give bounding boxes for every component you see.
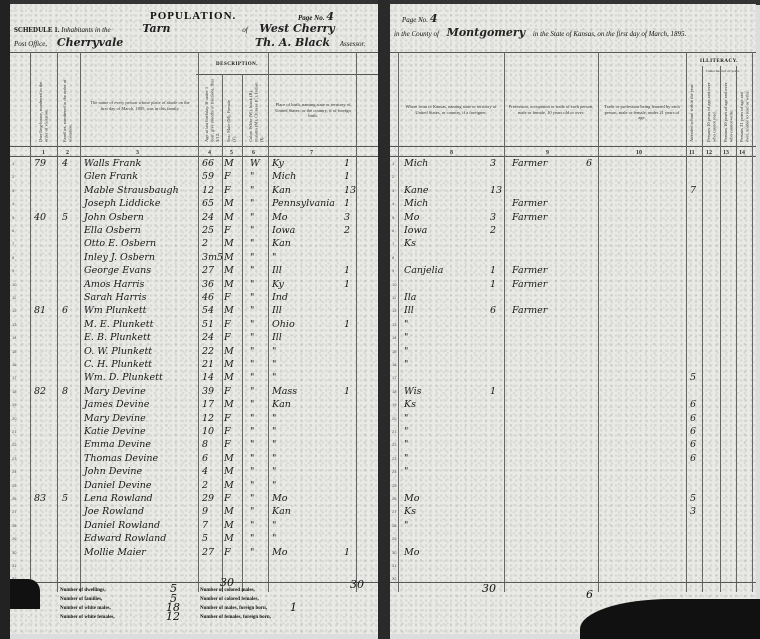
table-row: 16C. H. Plunkett21M"" [10, 359, 378, 373]
age: 22 [202, 346, 214, 357]
occupation: Farmer [512, 158, 547, 169]
dwelling-number: 79 [34, 158, 46, 169]
where-from-tally: 2 [490, 225, 496, 236]
line-number: 22 [392, 442, 396, 447]
line-number: 19 [392, 402, 396, 407]
line-number: 3 [12, 188, 14, 193]
line-number: 19 [12, 402, 16, 407]
color: " [250, 439, 254, 450]
sex: M [224, 305, 234, 316]
sex: F [224, 319, 231, 330]
line-number: 1 [12, 161, 14, 166]
color: " [250, 386, 254, 397]
color: " [250, 198, 254, 209]
person-name: Mable Strausbaugh [84, 185, 179, 196]
age: 24 [202, 332, 214, 343]
line-number: 29 [12, 536, 16, 541]
sex: M [224, 212, 234, 223]
sex: M [224, 533, 234, 544]
line-number: 24 [392, 469, 396, 474]
age: 27 [202, 547, 214, 558]
age: 27 [202, 265, 214, 276]
color: " [250, 453, 254, 464]
birthplace: " [272, 413, 276, 424]
color: " [250, 399, 254, 410]
line-number: 23 [392, 456, 396, 461]
person-name: Otto E. Osbern [84, 238, 156, 249]
line-number: 8 [392, 255, 394, 260]
table-row: 11Ila [390, 292, 756, 306]
sex: M [224, 198, 234, 209]
where-from: Wis [404, 386, 422, 397]
age: 4 [202, 466, 208, 477]
where-from-tally: 3 [490, 212, 496, 223]
age: 10 [202, 426, 214, 437]
age: 17 [202, 399, 214, 410]
where-from-tally: 6 [490, 305, 496, 316]
dwelling-number: 40 [34, 212, 46, 223]
total-col9: 6 [586, 588, 593, 601]
color: " [250, 185, 254, 196]
where-from: " [404, 439, 408, 450]
where-from: Canjelia [404, 265, 443, 276]
where-from: " [404, 426, 408, 437]
line-number: 29 [392, 536, 396, 541]
line-number: 3 [392, 188, 394, 193]
sex: M [224, 506, 234, 517]
attended-school: 6 [690, 399, 696, 410]
where-from: Ila [404, 292, 416, 303]
age: 59 [202, 171, 214, 182]
line-number: 25 [12, 483, 16, 488]
birthplace: " [272, 372, 276, 383]
table-row: 29 [390, 533, 756, 547]
line-number: 14 [12, 335, 16, 340]
age: 54 [202, 305, 214, 316]
table-row: 20Mary Devine12F"" [10, 413, 378, 427]
table-row: 20"6 [390, 413, 756, 427]
line-number: 1 [392, 161, 394, 166]
where-from-tally: 1 [490, 279, 496, 290]
col-header-14: Persons 21 years of age and over, unable… [739, 82, 749, 142]
sex: M [224, 279, 234, 290]
birthplace-tally: 1 [344, 386, 350, 397]
line-number: 20 [392, 416, 396, 421]
person-name: Mary Devine [84, 386, 146, 397]
attended-school: 6 [690, 439, 696, 450]
birthplace: " [272, 466, 276, 477]
color: " [250, 346, 254, 357]
table-row: 11Sarah Harris46F"Ind [10, 292, 378, 306]
family-number: 6 [62, 305, 68, 316]
table-row: 16" [390, 359, 756, 373]
table-row: 14" [390, 332, 756, 346]
person-name: Inley J. Osbern [84, 252, 155, 263]
line-number: 2 [12, 174, 14, 179]
birthplace-tally: 1 [344, 265, 350, 276]
birthplace: " [272, 480, 276, 491]
person-name: Sarah Harris [84, 292, 146, 303]
table-row: 6Ella Osbern25F"Iowa2 [10, 225, 378, 239]
line-number: 15 [392, 349, 396, 354]
birthplace: " [272, 533, 276, 544]
birthplace: " [272, 346, 276, 357]
line-number: 30 [392, 550, 396, 555]
occupation-tally: 6 [586, 158, 592, 169]
left-page: POPULATION. Page No. 4 SCHEDULE 1. Inhab… [10, 4, 378, 634]
color: " [250, 319, 254, 330]
table-row: 2 [390, 171, 756, 185]
person-name: Joe Rowland [84, 506, 144, 517]
table-row: 28Daniel Rowland7M"" [10, 520, 378, 534]
occupation: Farmer [512, 212, 547, 223]
where-from: " [404, 332, 408, 343]
where-from: " [404, 453, 408, 464]
dwelling-number: 83 [34, 493, 46, 504]
person-name: Emma Devine [84, 439, 151, 450]
family-number: 4 [62, 158, 68, 169]
line-number: 18 [12, 389, 16, 394]
age: 46 [202, 292, 214, 303]
where-from: " [404, 413, 408, 424]
sex: M [224, 252, 234, 263]
table-row: 29Edward Rowland5M"" [10, 533, 378, 547]
line-number: 16 [392, 362, 396, 367]
line-number: 12 [392, 308, 396, 313]
line-number: 23 [12, 456, 16, 461]
line-number: 15 [12, 349, 16, 354]
right-page: Page No. 4 in the County of Montgomery i… [390, 4, 756, 634]
birthplace: Pennsylvania [272, 198, 335, 209]
person-name: Katie Devine [84, 426, 146, 437]
sex: M [224, 399, 234, 410]
color: " [250, 171, 254, 182]
sex: F [224, 225, 231, 236]
table-row: 32 [10, 573, 378, 587]
birthplace: " [272, 252, 276, 263]
table-row: 23Thomas Devine6M"" [10, 453, 378, 467]
line-number: 11 [392, 295, 396, 300]
person-name: M. E. Plunkett [84, 319, 153, 330]
line-number: 11 [12, 295, 16, 300]
attended-school: 6 [690, 453, 696, 464]
attended-school: 5 [690, 372, 696, 383]
col-header-2: Families, numbered in the order of visit… [62, 76, 74, 142]
line-number: 10 [392, 282, 396, 287]
sex: F [224, 426, 231, 437]
col-header-9: Profession, occupation or trade of each … [508, 104, 594, 115]
table-row: 15O. W. Plunkett22M"" [10, 346, 378, 360]
col-header-13: Persons 10 years of age and over who can… [723, 82, 733, 142]
where-from: Ks [404, 506, 416, 517]
table-row: 26Mo5 [390, 493, 756, 507]
table-row: 22"6 [390, 439, 756, 453]
color: " [250, 238, 254, 249]
total-col8: 30 [482, 582, 496, 595]
person-name: Thomas Devine [84, 453, 158, 464]
table-row: 4Joseph Liddicke65M"Pennsylvania1 [10, 198, 378, 212]
table-row: 26835Lena Rowland29F"Mo [10, 493, 378, 507]
table-row: 27Ks3 [390, 506, 756, 520]
birthplace: Mo [272, 547, 287, 558]
line-number: 7 [12, 241, 14, 246]
color: " [250, 547, 254, 558]
where-from-tally: 1 [490, 386, 496, 397]
line-number: 26 [392, 496, 396, 501]
color: " [250, 279, 254, 290]
table-row: 1794Walls Frank66MWKy1 [10, 158, 378, 172]
age: 2 [202, 480, 208, 491]
table-row: 27Joe Rowland9M"Kan [10, 506, 378, 520]
person-name: Mary Devine [84, 413, 146, 424]
person-name: Ella Osbern [84, 225, 141, 236]
table-row: 10Amos Harris36M"Ky1 [10, 279, 378, 293]
birthplace: Ill [272, 332, 282, 343]
table-row: 4MichFarmer [390, 198, 756, 212]
where-from: Mich [404, 158, 428, 169]
where-from-tally: 1 [490, 265, 496, 276]
table-row: 31 [390, 560, 756, 574]
where-from: Ill [404, 305, 414, 316]
line-number: 6 [12, 228, 14, 233]
color: " [250, 533, 254, 544]
age: 14 [202, 372, 214, 383]
sex: M [224, 265, 234, 276]
where-from: Kane [404, 185, 429, 196]
table-row: 18Wis1 [390, 386, 756, 400]
sex: M [224, 372, 234, 383]
post-office-line: Post Office, Cherryvale Th. A. Black Ass… [14, 36, 365, 49]
table-row: 7Otto E. Osbern2M"Kan [10, 238, 378, 252]
color: " [250, 506, 254, 517]
col-header-12: Persons 10 years of age and over who can… [706, 82, 716, 142]
line-number: 20 [12, 416, 16, 421]
table-row: 9George Evans27M"Ill1 [10, 265, 378, 279]
line-number: 4 [392, 201, 394, 206]
col-header-8: Where from to Kansas, naming state or te… [404, 104, 498, 115]
line-number: 27 [392, 509, 396, 514]
dwelling-number: 82 [34, 386, 46, 397]
person-name: Glen Frank [84, 171, 138, 182]
table-row: 13" [390, 319, 756, 333]
line-number: 7 [392, 241, 394, 246]
birthplace: Ohio [272, 319, 295, 330]
occupation: Farmer [512, 305, 547, 316]
illiteracy-label: ILLITERACY. [700, 59, 738, 64]
birthplace-tally: 13 [344, 185, 356, 196]
age: 12 [202, 185, 214, 196]
color: " [250, 413, 254, 424]
table-row: 14E. B. Plunkett24F"Ill [10, 332, 378, 346]
line-number: 30 [12, 550, 16, 555]
birthplace: Kan [272, 506, 291, 517]
color: " [250, 292, 254, 303]
table-row: 30Mollie Maier27F"Mo1 [10, 547, 378, 561]
birthplace: Kan [272, 399, 291, 410]
table-row: 21"6 [390, 426, 756, 440]
line-number: 2 [392, 174, 394, 179]
line-number: 12 [12, 308, 16, 313]
line-number: 13 [12, 322, 16, 327]
person-name: Joseph Liddicke [84, 198, 161, 209]
table-row: 12Ill6Farmer [390, 305, 756, 319]
line-number: 26 [12, 496, 16, 501]
color: " [250, 426, 254, 437]
color: " [250, 480, 254, 491]
sex: F [224, 439, 231, 450]
family-number: 8 [62, 386, 68, 397]
col-header-4: Age at last birthday. If under 1 year, g… [204, 78, 218, 142]
line-number: 16 [12, 362, 16, 367]
color: " [250, 225, 254, 236]
age: 3m5 [202, 252, 223, 263]
sex: M [224, 346, 234, 357]
sex: M [224, 453, 234, 464]
table-row: 22Emma Devine8F"" [10, 439, 378, 453]
age: 12 [202, 413, 214, 424]
county-line: in the County of Montgomery in the State… [394, 26, 686, 39]
sex: F [224, 547, 231, 558]
person-name: George Evans [84, 265, 151, 276]
where-from: " [404, 520, 408, 531]
table-row: 32 [390, 573, 756, 587]
schedule-line: SCHEDULE 1. Inhabitants in the Tarn of W… [14, 22, 335, 35]
table-row: 28" [390, 520, 756, 534]
birthplace-tally: 1 [344, 547, 350, 558]
line-number: 25 [392, 483, 396, 488]
birthplace-tally: 1 [344, 319, 350, 330]
sex: F [224, 386, 231, 397]
line-number: 31 [392, 563, 396, 568]
color: " [250, 212, 254, 223]
table-row: 17Wm. D. Plunkett14M"" [10, 372, 378, 386]
age: 24 [202, 212, 214, 223]
person-name: Walls Frank [84, 158, 141, 169]
person-name: Edward Rowland [84, 533, 166, 544]
line-number: 21 [12, 429, 16, 434]
sex: M [224, 466, 234, 477]
line-number: 14 [392, 335, 396, 340]
person-name: Daniel Devine [84, 480, 152, 491]
birthplace: Iowa [272, 225, 295, 236]
sex: M [224, 158, 234, 169]
line-number: 10 [12, 282, 16, 287]
sex: F [224, 332, 231, 343]
line-number: 21 [392, 429, 396, 434]
age: 7 [202, 520, 208, 531]
sex: M [224, 520, 234, 531]
table-row: 101Farmer [390, 279, 756, 293]
line-number: 6 [392, 228, 394, 233]
birthplace: Ill [272, 265, 282, 276]
col-header-3: The name of every person whose place of … [90, 100, 190, 111]
birthplace-tally: 1 [344, 198, 350, 209]
age: 36 [202, 279, 214, 290]
line-number: 4 [12, 201, 14, 206]
person-name: E. B. Plunkett [84, 332, 151, 343]
table-row: 19Ks6 [390, 399, 756, 413]
person-name: James Devine [84, 399, 149, 410]
attended-school: 5 [690, 493, 696, 504]
birthplace: Ind [272, 292, 288, 303]
where-from: Mo [404, 212, 419, 223]
table-row: 6Iowa2 [390, 225, 756, 239]
occupation: Farmer [512, 198, 547, 209]
line-number: 13 [392, 322, 396, 327]
sex: F [224, 171, 231, 182]
age: 66 [202, 158, 214, 169]
line-number: 31 [12, 563, 16, 568]
table-row: 2Glen Frank59F"Mich1 [10, 171, 378, 185]
birthplace: Kan [272, 238, 291, 249]
occupation: Farmer [512, 279, 547, 290]
color: " [250, 493, 254, 504]
where-from-tally: 3 [490, 158, 496, 169]
line-number: 28 [392, 523, 396, 528]
person-name: Wm. D. Plunkett [84, 372, 163, 383]
table-row: 5405John Osbern24M"Mo3 [10, 212, 378, 226]
dwelling-number: 81 [34, 305, 46, 316]
age: 2 [202, 238, 208, 249]
sex: M [224, 480, 234, 491]
table-row: 19James Devine17M"Kan [10, 399, 378, 413]
table-row: 30Mo [390, 547, 756, 561]
color: " [250, 520, 254, 531]
line-number: 9 [392, 268, 394, 273]
birthplace: Mo [272, 493, 287, 504]
line-number: 32 [392, 576, 396, 581]
sex: F [224, 185, 231, 196]
color: " [250, 265, 254, 276]
age: 9 [202, 506, 208, 517]
census-spread: POPULATION. Page No. 4 SCHEDULE 1. Inhab… [0, 0, 760, 639]
table-row: 175 [390, 372, 756, 386]
where-from-tally: 13 [490, 185, 502, 196]
age: 51 [202, 319, 214, 330]
birthplace: " [272, 453, 276, 464]
line-number: 17 [392, 375, 396, 380]
col-header-5: Sex: Male (M), Female (F). [226, 94, 238, 142]
table-row: 31 [10, 560, 378, 574]
birthplace: Ky [272, 158, 284, 169]
birthplace: " [272, 359, 276, 370]
birthplace: " [272, 439, 276, 450]
table-row: 25Daniel Devine2M"" [10, 480, 378, 494]
age: 25 [202, 225, 214, 236]
person-name: John Devine [84, 466, 142, 477]
occupation: Farmer [512, 265, 547, 276]
family-number: 5 [62, 493, 68, 504]
where-from: Ks [404, 399, 416, 410]
age: 29 [202, 493, 214, 504]
color: " [250, 332, 254, 343]
table-row: 3Kane137 [390, 185, 756, 199]
table-row: 21Katie Devine10F"" [10, 426, 378, 440]
where-from: " [404, 319, 408, 330]
family-number: 5 [62, 212, 68, 223]
birthplace: Mich [272, 171, 296, 182]
col-header-10: Trade or profession being learned by eac… [602, 104, 682, 121]
color: " [250, 359, 254, 370]
table-row: 5Mo3Farmer [390, 212, 756, 226]
person-name: Daniel Rowland [84, 520, 160, 531]
person-name: Mollie Maier [84, 547, 146, 558]
color: W [250, 158, 260, 169]
sex: M [224, 238, 234, 249]
line-number: 8 [12, 255, 14, 260]
col-header-11: Attended school within the year. [689, 82, 699, 142]
col-header-6: Color: White (W), black (B), mulatto (M)… [248, 78, 264, 142]
